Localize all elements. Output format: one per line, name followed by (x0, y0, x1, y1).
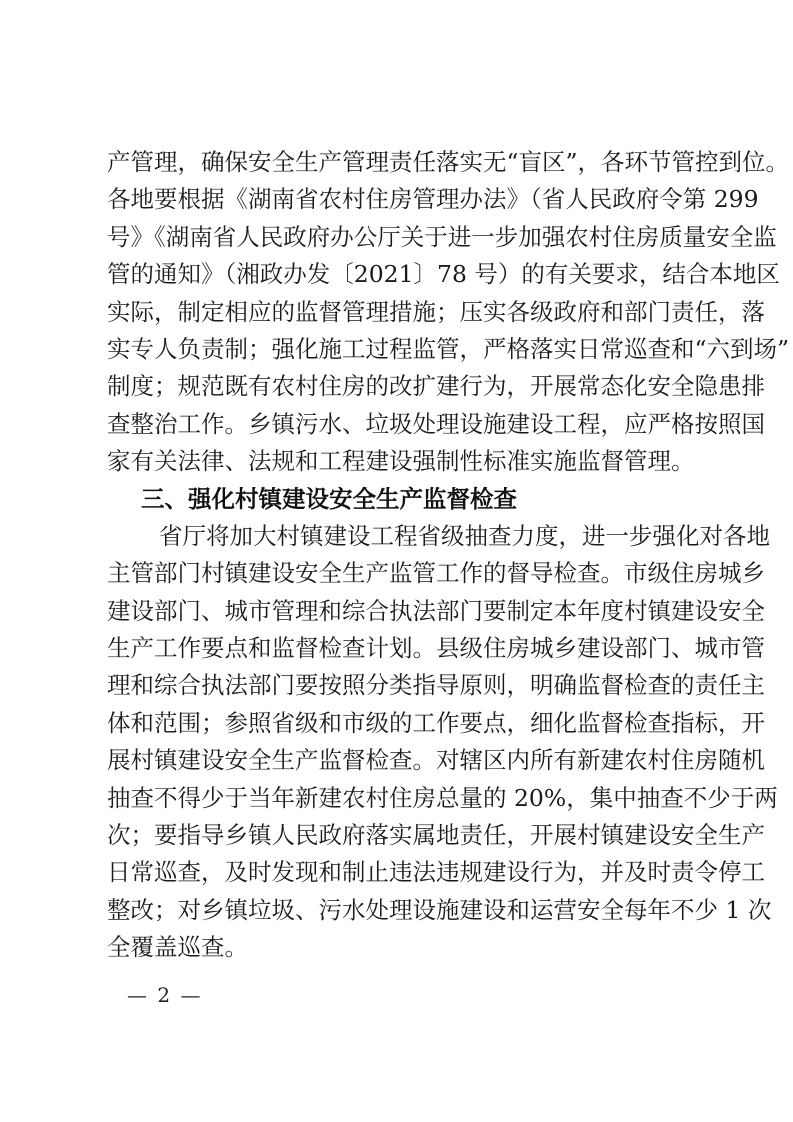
body-line: 次；要指导乡镇人民政府落实属地责任，开展村镇建设安全生产 (107, 817, 689, 854)
body-line: 制度；规范既有农村住房的改扩建行为，开展常态化安全隐患排 (107, 368, 689, 405)
section-heading-3: 三、强化村镇建设安全生产监督检查 (107, 481, 689, 518)
body-line: 管的通知》（湘政办发〔2021〕78 号）的有关要求，结合本地区 (107, 256, 689, 293)
body-line: 建设部门、城市管理和综合执法部门要制定本年度村镇建设安全 (107, 593, 689, 630)
page-number: — 2 — (127, 983, 202, 1007)
body-line: 号》《湖南省人民政府办公厅关于进一步加强农村住房质量安全监 (107, 219, 689, 256)
body-line: 全覆盖巡查。 (107, 929, 689, 966)
body-line: 体和范围；参照省级和市级的工作要点，细化监督检查指标，开 (107, 705, 689, 742)
body-line: 理和综合执法部门要按照分类指导原则，明确监督检查的责任主 (107, 667, 689, 704)
body-line: 日常巡查，及时发现和制止违法违规建设行为，并及时责令停工 (107, 854, 689, 891)
body-line: 查整治工作。乡镇污水、垃圾处理设施建设工程，应严格按照国 (107, 406, 689, 443)
body-line: 省厅将加大村镇建设工程省级抽查力度，进一步强化对各地 (107, 518, 689, 555)
document-body: 产管理，确保安全生产管理责任落实无“盲区”，各环节管控到位。 各地要根据《湖南省… (107, 144, 689, 967)
body-line: 生产工作要点和监督检查计划。县级住房城乡建设部门、城市管 (107, 630, 689, 667)
body-line: 家有关法律、法规和工程建设强制性标准实施监督管理。 (107, 443, 689, 480)
body-line: 整改；对乡镇垃圾、污水处理设施建设和运营安全每年不少 1 次 (107, 892, 689, 929)
body-line: 产管理，确保安全生产管理责任落实无“盲区”，各环节管控到位。 (107, 144, 689, 181)
body-line: 展村镇建设安全生产监督检查。对辖区内所有新建农村住房随机 (107, 742, 689, 779)
body-line: 抽查不得少于当年新建农村住房总量的 20%，集中抽查不少于两 (107, 780, 689, 817)
body-line: 各地要根据《湖南省农村住房管理办法》（省人民政府令第 299 (107, 181, 689, 218)
paragraph-village-construction-inspection: 省厅将加大村镇建设工程省级抽查力度，进一步强化对各地 主管部门村镇建设安全生产监… (107, 518, 689, 967)
document-page: 产管理，确保安全生产管理责任落实无“盲区”，各环节管控到位。 各地要根据《湖南省… (0, 0, 793, 1122)
paragraph-rural-housing-supervision: 产管理，确保安全生产管理责任落实无“盲区”，各环节管控到位。 各地要根据《湖南省… (107, 144, 689, 481)
body-line: 实际，制定相应的监督管理措施；压实各级政府和部门责任，落 (107, 294, 689, 331)
body-line: 主管部门村镇建设安全生产监管工作的督导检查。市级住房城乡 (107, 555, 689, 592)
body-line: 实专人负责制；强化施工过程监管，严格落实日常巡查和“六到场” (107, 331, 689, 368)
